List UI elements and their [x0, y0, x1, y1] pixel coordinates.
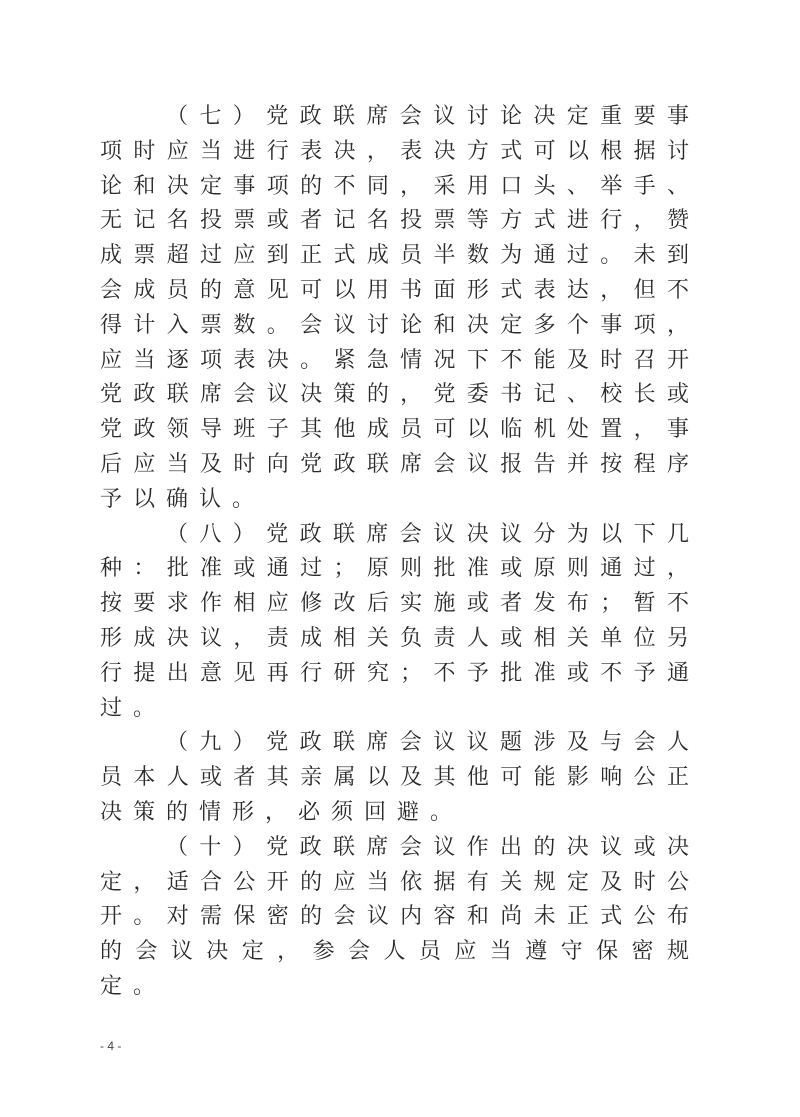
paragraph-7: （七）党政联席会议讨论决定重要事项时应当进行表决，表决方式可以根据讨论和决定事项…	[100, 100, 700, 518]
page-number: - 4 -	[100, 1039, 121, 1053]
document-body: （七）党政联席会议讨论决定重要事项时应当进行表决，表决方式可以根据讨论和决定事项…	[100, 100, 700, 1005]
paragraph-10: （十）党政联席会议作出的决议或决定，适合公开的应当依据有关规定及时公开。对需保密…	[100, 831, 700, 1005]
paragraph-8: （八）党政联席会议决议分为以下几种：批准或通过；原则批准或原则通过，按要求作相应…	[100, 518, 700, 727]
document-page: （七）党政联席会议讨论决定重要事项时应当进行表决，表决方式可以根据讨论和决定事项…	[0, 0, 800, 1117]
paragraph-9: （九）党政联席会议议题涉及与会人员本人或者其亲属以及其他可能影响公正决策的情形，…	[100, 726, 700, 830]
